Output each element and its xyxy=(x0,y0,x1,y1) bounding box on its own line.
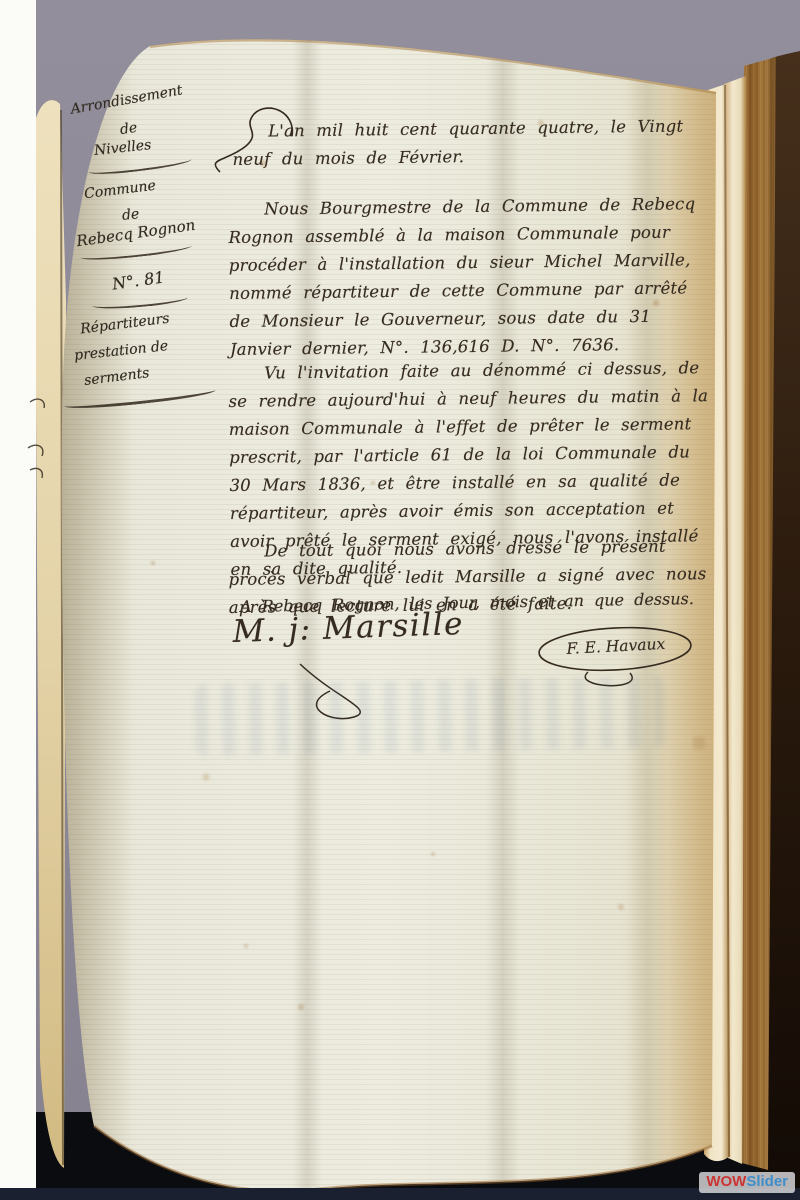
photo-white-margin xyxy=(0,0,36,1192)
watermark-wow-text: WOW xyxy=(706,1173,746,1190)
margin-note-de-2: de xyxy=(121,206,140,224)
paragraph-date: L'an mil huit cent quarante quatre, le V… xyxy=(232,112,705,174)
margin-note-de-1: de xyxy=(119,120,138,138)
watermark-slider-text: Slider xyxy=(746,1173,788,1190)
photograph-of-register-page: Arrondissement de Nivelles Commune de Re… xyxy=(0,0,800,1200)
foxing-spots xyxy=(0,0,2,2)
photo-bottom-strip xyxy=(0,1188,800,1200)
wowslider-watermark[interactable]: WOWSlider xyxy=(699,1172,795,1193)
paragraph-convocation: Nous Bourgmestre de la Commune de Rebecq… xyxy=(228,190,710,364)
ink-showthrough xyxy=(194,676,665,756)
